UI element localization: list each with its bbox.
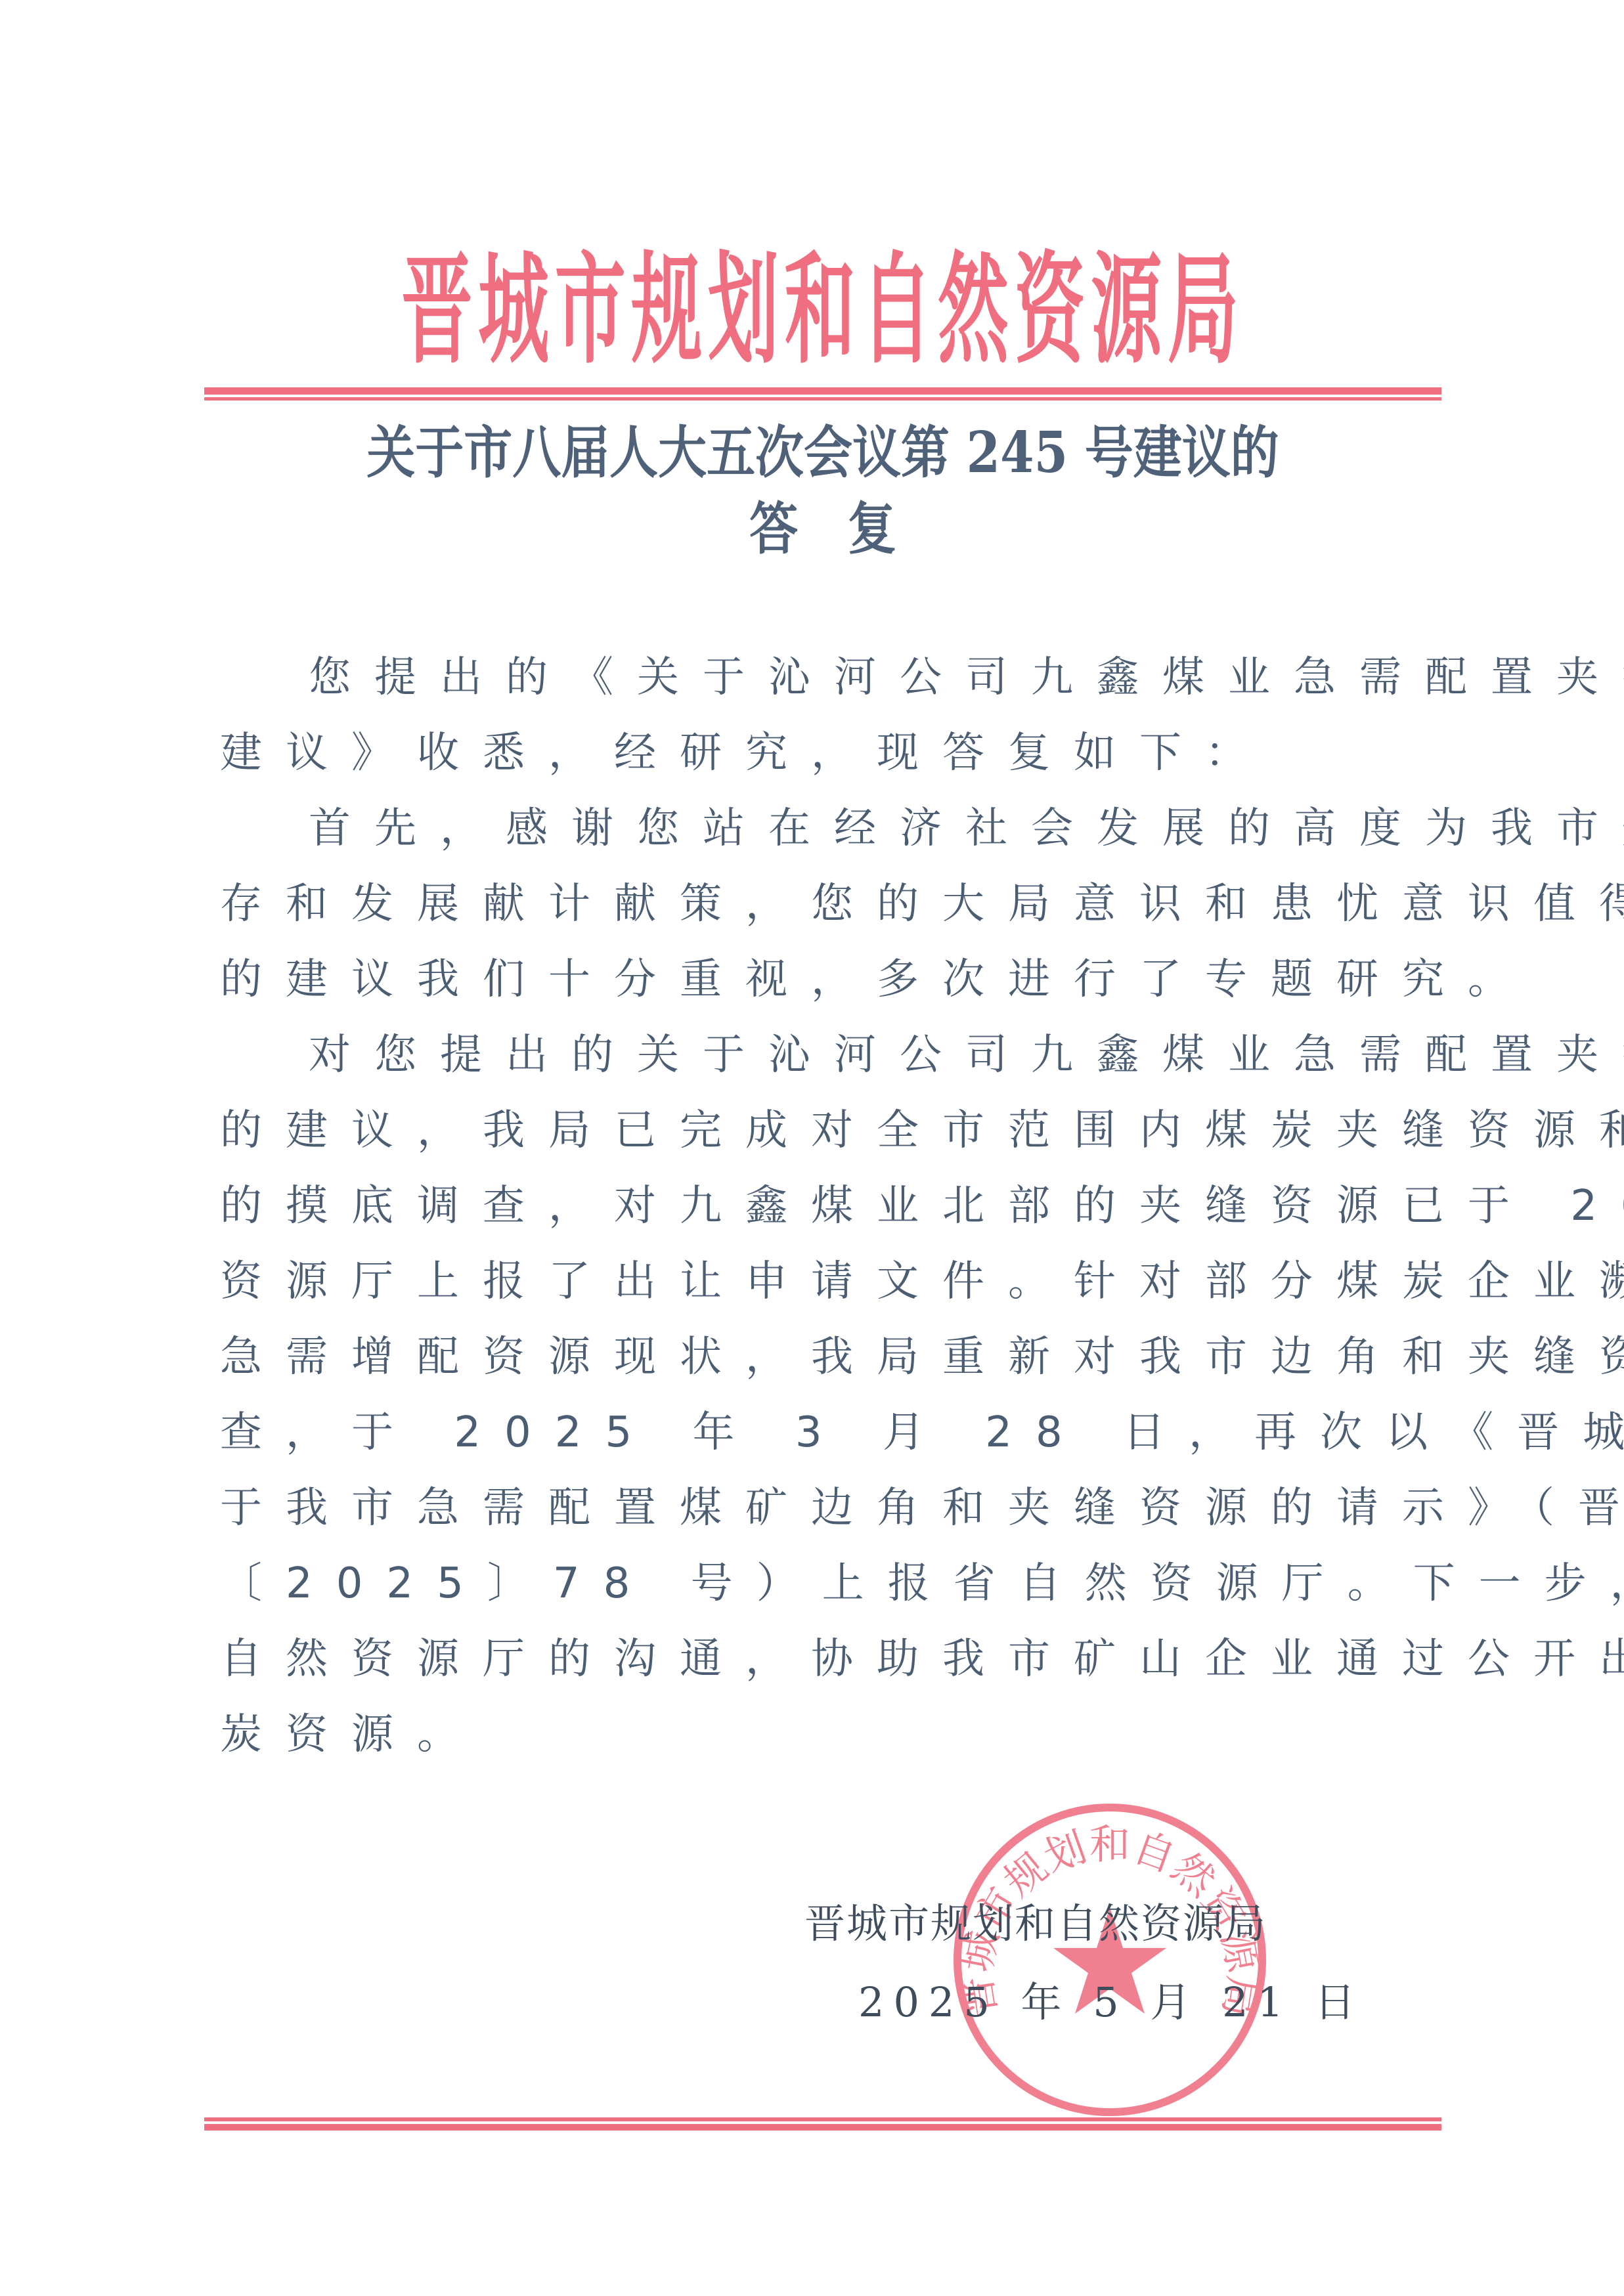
- paragraph-3: 对您提出的关于沁河公司九鑫煤业急需配置夹缝煤炭资源 的建议，我局已完成对全市范围…: [220, 1018, 1412, 1773]
- body-line: 资源厅上报了出让申请文件。针对部分煤炭企业濒临资源枯竭、: [131, 1244, 1412, 1320]
- body-line: 急需增配资源现状，我局重新对我市边角和夹缝资源进行梳理核: [131, 1320, 1412, 1395]
- signature-block: 晋城市规划和自然资源局 2025 年 5 月 21 日: [804, 1884, 1365, 2042]
- body-line: 的建议我们十分重视，多次进行了专题研究。: [131, 942, 1412, 1018]
- paragraph-2: 首先，感谢您站在经济社会发展的高度为我市煤矿企业的生 存和发展献计献策，您的大局…: [220, 791, 1412, 1018]
- title-line-1: 关于市八届人大五次会议第 245 号建议的: [291, 415, 1355, 491]
- letterhead: 晋城市规划和自然资源局: [204, 244, 1441, 376]
- body-line: 您提出的《关于沁河公司九鑫煤业急需配置夹缝煤炭资源的: [220, 640, 1412, 716]
- document-title: 关于市八届人大五次会议第 245 号建议的 答复: [204, 415, 1441, 567]
- signature-org: 晋城市规划和自然资源局: [804, 1884, 1365, 1963]
- body-line: 的建议，我局已完成对全市范围内煤炭夹缝资源和边角空白资源: [131, 1093, 1412, 1169]
- body-line: 查，于 2025 年 3 月 28 日，再次以《晋城市规划和自然资源局关: [131, 1395, 1412, 1471]
- body-line: 〔2025〕78 号）上报省自然资源厅。下一步，我局将加强与省: [131, 1546, 1412, 1622]
- body-line: 于我市急需配置煤矿边角和夹缝资源的请示》（晋市自然资发: [131, 1471, 1412, 1546]
- body-line: 建议》收悉，经研究，现答复如下：: [131, 716, 1412, 791]
- footer-rule-thick: [204, 2124, 1441, 2131]
- document-body: 您提出的《关于沁河公司九鑫煤业急需配置夹缝煤炭资源的 建议》收悉，经研究，现答复…: [220, 640, 1412, 1773]
- signature-date: 2025 年 5 月 21 日: [804, 1963, 1365, 2042]
- footer-rule-thin: [204, 2117, 1441, 2121]
- title-line-2: 答复: [291, 491, 1355, 567]
- letterhead-org-name: 晋城市规划和自然资源局: [401, 250, 1244, 370]
- body-line: 首先，感谢您站在经济社会发展的高度为我市煤矿企业的生: [220, 791, 1412, 867]
- header-rule-thin: [204, 397, 1441, 401]
- body-line: 炭资源。: [131, 1697, 1412, 1773]
- document-page: 晋城市规划和自然资源局 关于市八届人大五次会议第 245 号建议的 答复 您提出…: [0, 0, 1624, 2296]
- header-rule-thick: [204, 387, 1441, 395]
- body-line: 存和发展献计献策，您的大局意识和患忧意识值得尊敬。您提出: [131, 867, 1412, 942]
- body-line: 对您提出的关于沁河公司九鑫煤业急需配置夹缝煤炭资源: [220, 1018, 1412, 1093]
- paragraph-1: 您提出的《关于沁河公司九鑫煤业急需配置夹缝煤炭资源的 建议》收悉，经研究，现答复…: [220, 640, 1412, 791]
- body-line: 自然资源厅的沟通，协助我市矿山企业通过公开出让方式取得煤: [131, 1622, 1412, 1697]
- body-line: 的摸底调查，对九鑫煤业北部的夹缝资源已于 2022 年向省自然: [131, 1169, 1412, 1244]
